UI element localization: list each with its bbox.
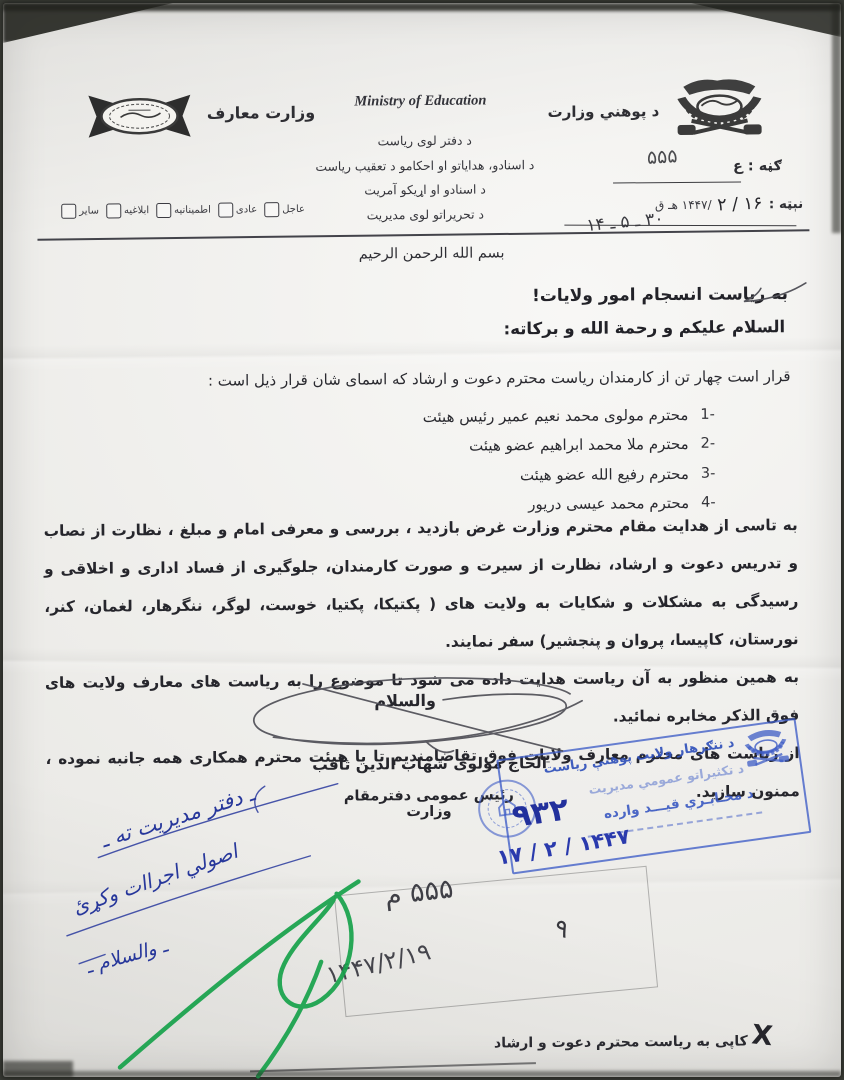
date-label: نېټه : (769, 196, 804, 212)
scanned-letter-photo: وزارت معارف Ministry of Education د پوهن… (0, 0, 844, 1080)
ministry-name-farsi: وزارت معارف (203, 103, 318, 123)
list-item: 2- محترم ملا محمد ابراهیم عضو هیئت (423, 429, 715, 461)
bottom-edge-line (250, 1062, 536, 1072)
header-divider-line (37, 229, 809, 240)
checkbox-item-confidence: اطمینانیه (156, 203, 211, 218)
list-item: 1- محترم مولوی محمد نعیم عمیر رئیس هیئت (423, 400, 715, 432)
reference-number-handwritten: ۵۵۵ (646, 145, 678, 169)
routing-line: د اسنادو، هدایاتو او احکامو د تعقیب ریاس… (296, 152, 554, 179)
ministry-name-pashto: د پوهني وزارت (538, 102, 668, 121)
list-item-text: محترم مولوی محمد نعیم عمیر رئیس هیئت (423, 406, 689, 426)
pencil-stamp-box (334, 866, 658, 1017)
green-pen-swoosh (119, 882, 361, 1078)
handwritten-x-mark: X (750, 1019, 774, 1052)
addressee-line: به ریاست انسجام امور ولایات! (532, 284, 788, 306)
list-item-number: 1- (700, 406, 715, 422)
date-year-printed: /۱۴۴۷ هـ ق (655, 198, 712, 212)
checkbox-square (156, 203, 171, 218)
checkbox-square (61, 204, 76, 219)
priority-checkbox-row: عاجل عادی اطمینانیه ابلاغیه سایر (61, 202, 305, 219)
list-item-text: محترم ملا محمد ابراهیم عضو هیئت (469, 435, 689, 455)
checkbox-square (218, 202, 233, 217)
list-item-number: 2- (701, 436, 716, 452)
routing-line: د اسنادو او اړیکو آمریت (296, 177, 554, 204)
emirate-emblem (663, 72, 776, 153)
checkbox-label: عاجل (282, 204, 305, 215)
checkbox-square (264, 202, 279, 217)
reference-number-label: ګڼه : ع (733, 158, 782, 174)
checkbox-item-notice: ابلاغیه (106, 203, 149, 218)
copy-distribution-note: کاپی به ریاست محترم دعوت و ارشاد (494, 1033, 748, 1051)
checkbox-item-urgent: عاجل (264, 202, 305, 217)
intro-line: قرار است چهار تن از کارمندان ریاست محترم… (208, 367, 791, 390)
list-item: 3- محترم رفیع الله عضو هیئت (423, 459, 715, 491)
basmala: بسم الله الرحمن الرحیم (2, 243, 844, 266)
reference-number-line (613, 181, 741, 183)
stamp-emblem-icon (737, 722, 800, 781)
list-item-number: 3- (701, 465, 716, 481)
routing-line: د دفتر لوی ریاست (296, 128, 554, 155)
letter-paper: وزارت معارف Ministry of Education د پوهن… (3, 3, 841, 1077)
checkbox-label: عادی (236, 204, 257, 215)
delegates-list: 1- محترم مولوی محمد نعیم عمیر رئیس هیئت … (423, 400, 716, 520)
blue-note-line3: ـ والسلام ـ (84, 935, 170, 978)
salutation-line: السلام علیکم و رحمة الله و برکاته: (503, 317, 785, 338)
checkbox-label: ابلاغیه (124, 205, 149, 216)
checkbox-label: اطمینانیه (174, 205, 211, 216)
checkbox-label: سایر (79, 206, 99, 217)
checkbox-square (106, 203, 121, 218)
routing-list: د دفتر لوی ریاست د اسنادو، هدایاتو او اح… (296, 128, 555, 228)
checkbox-item-other: سایر (61, 204, 99, 219)
checkbox-item-normal: عادی (218, 202, 257, 217)
ministry-ribbon-logo (80, 89, 198, 152)
closing-word: والسلام (350, 691, 460, 711)
routing-line: د تحریراتو لوی مدیریت (296, 201, 554, 228)
list-item-text: محترم رفیع الله عضو هیئت (520, 465, 689, 484)
date-handwritten-day-month: ۱۶ / ۲ (717, 194, 763, 216)
ministry-name-english: Ministry of Education (325, 92, 515, 110)
paragraph-directive: به تاسی از هدایت مقام محترم وزارت غرض با… (44, 506, 799, 664)
blue-note-line2: اصولي اجراات وکړئ (69, 839, 240, 919)
